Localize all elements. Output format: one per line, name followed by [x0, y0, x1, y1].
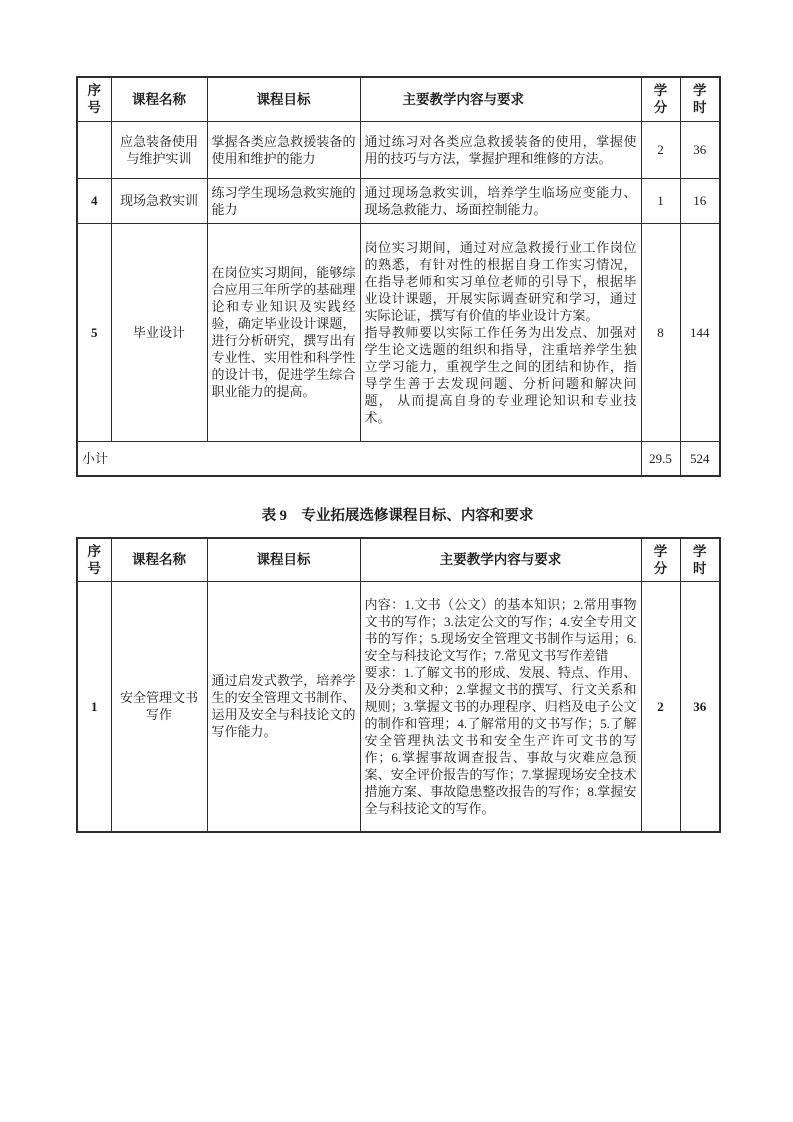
course-content-cell: 内容：1.文书（公文）的基本知识；2.常用事物文书的写作；3.法定公文的写作；4…	[360, 581, 641, 832]
header-seq-no: 序号	[77, 77, 111, 121]
document-page: 序号 课程名称 课程目标 主要教学内容与要求 学分 学时 应急装备使用与维护实训…	[0, 0, 793, 1122]
table-row: 4 现场急救实训 练习学生现场急救实施的能力 通过现场急救实训，培养学生临场应变…	[77, 178, 720, 223]
table-2-title: 表 9 专业拓展选修课程目标、内容和要求	[76, 505, 719, 527]
course-content-cell: 通过现场急救实训，培养学生临场应变能力、现场急救能力、场面控制能力。	[360, 178, 641, 223]
subtotal-hours: 524	[680, 441, 720, 476]
course-goal-cell: 练习学生现场急救实施的能力	[207, 178, 360, 223]
credits-cell: 2	[641, 121, 680, 178]
header-seq-no-label: 序号	[86, 543, 102, 577]
credits-cell: 2	[641, 581, 680, 832]
credits-cell: 1	[641, 178, 680, 223]
course-table-1: 序号 课程名称 课程目标 主要教学内容与要求 学分 学时 应急装备使用与维护实训…	[76, 76, 721, 477]
content-paragraph: 通过现场急救实训，培养学生临场应变能力、现场急救能力、场面控制能力。	[365, 184, 637, 218]
header-credits: 学分	[641, 77, 680, 121]
header-main-content: 主要教学内容与要求	[360, 538, 641, 581]
header-course-name: 课程名称	[111, 538, 207, 581]
course-no-cell: 5	[77, 223, 111, 441]
header-hours-label: 学时	[692, 82, 708, 116]
course-content-cell: 岗位实习期间，通过对应急救援行业工作岗位的熟悉，有针对性的根据自身工作实习情况，…	[360, 223, 641, 441]
header-hours: 学时	[680, 538, 720, 581]
subtotal-label: 小计	[77, 441, 641, 476]
hours-cell: 36	[680, 121, 720, 178]
course-name-cell: 应急装备使用与维护实训	[111, 121, 207, 178]
course-table-2: 序号 课程名称 课程目标 主要教学内容与要求 学分 学时 1 安全管理文书写作 …	[76, 537, 721, 833]
content-paragraph: 内容：1.文书（公文）的基本知识；2.常用事物文书的写作；3.法定公文的写作；4…	[365, 596, 637, 664]
header-course-name: 课程名称	[111, 77, 207, 121]
content-paragraph: 岗位实习期间，通过对应急救援行业工作岗位的熟悉，有针对性的根据自身工作实习情况，…	[365, 239, 637, 324]
header-credits-label: 学分	[653, 543, 669, 577]
header-credits-label: 学分	[653, 82, 669, 116]
header-hours: 学时	[680, 77, 720, 121]
course-goal-cell: 在岗位实习期间，能够综合应用三年所学的基础理论和专业知识及实践经验，确定毕业设计…	[207, 223, 360, 441]
course-goal-cell: 通过启发式教学，培养学生的安全管理文书制作、运用及安全与科技论文的写作能力。	[207, 581, 360, 832]
content-paragraph: 要求：1.了解文书的形成、发展、特点、作用、及分类和文种；2.掌握文书的撰写、行…	[365, 664, 637, 817]
header-seq-no: 序号	[77, 538, 111, 581]
subtotal-row: 小计 29.5 524	[77, 441, 720, 476]
header-course-goal: 课程目标	[207, 538, 360, 581]
table-row: 应急装备使用与维护实训 掌握各类应急救援装备的使用和维护的能力 通过练习对各类应…	[77, 121, 720, 178]
table-row: 5 毕业设计 在岗位实习期间，能够综合应用三年所学的基础理论和专业知识及实践经验…	[77, 223, 720, 441]
credits-cell: 8	[641, 223, 680, 441]
header-credits: 学分	[641, 538, 680, 581]
course-no-cell: 1	[77, 581, 111, 832]
table-1-header-row: 序号 课程名称 课程目标 主要教学内容与要求 学分 学时	[77, 77, 720, 121]
header-course-goal: 课程目标	[207, 77, 360, 121]
header-hours-label: 学时	[692, 543, 708, 577]
course-goal-cell: 掌握各类应急救援装备的使用和维护的能力	[207, 121, 360, 178]
header-main-content: 主要教学内容与要求	[360, 77, 641, 121]
hours-cell: 36	[680, 581, 720, 832]
course-name-cell: 现场急救实训	[111, 178, 207, 223]
course-no-cell: 4	[77, 178, 111, 223]
course-name-cell: 安全管理文书写作	[111, 581, 207, 832]
table-row: 1 安全管理文书写作 通过启发式教学，培养学生的安全管理文书制作、运用及安全与科…	[77, 581, 720, 832]
course-content-cell: 通过练习对各类应急救援装备的使用，掌握使用的技巧与方法，掌握护理和维修的方法。	[360, 121, 641, 178]
course-no-cell	[77, 121, 111, 178]
table-2-header-row: 序号 课程名称 课程目标 主要教学内容与要求 学分 学时	[77, 538, 720, 581]
hours-cell: 144	[680, 223, 720, 441]
content-paragraph: 通过练习对各类应急救援装备的使用，掌握使用的技巧与方法，掌握护理和维修的方法。	[365, 133, 637, 167]
hours-cell: 16	[680, 178, 720, 223]
content-paragraph: 指导教师要以实际工作任务为出发点、加强对学生论文选题的组织和指导，注重培养学生独…	[365, 324, 637, 426]
subtotal-credits: 29.5	[641, 441, 680, 476]
course-name-cell: 毕业设计	[111, 223, 207, 441]
header-seq-no-label: 序号	[86, 82, 102, 116]
